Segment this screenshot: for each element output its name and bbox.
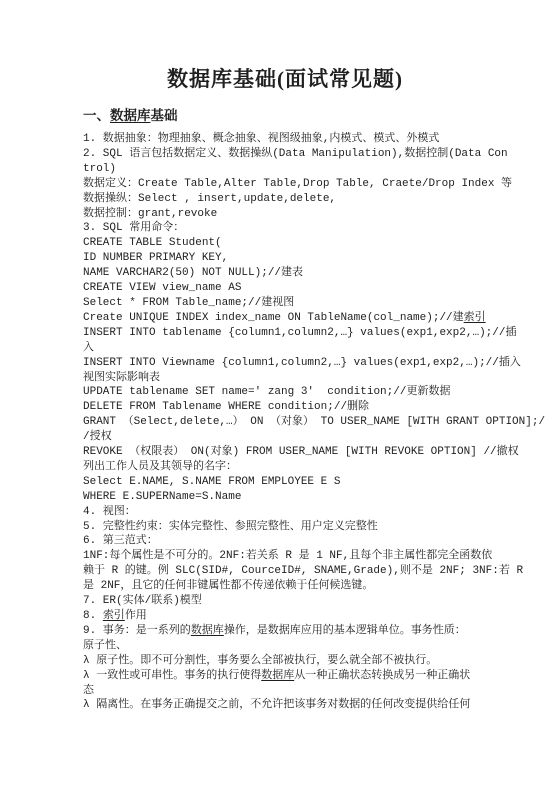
text-run: 6. 第三范式： <box>83 535 158 547</box>
text-run: 2. SQL 语言包括数据定义、数据操纵(Data Manipulation),… <box>83 148 508 160</box>
doc-line: ID NUMBER PRIMARY KEY, <box>83 251 490 266</box>
doc-line: 6. 第三范式： <box>83 534 490 549</box>
underlined-text: 数据库 <box>191 625 224 637</box>
text-run: 作用 <box>125 610 147 622</box>
doc-line: CREATE TABLE Student( <box>83 236 490 251</box>
text-run: 数据操纵：Select , insert,update,delete, <box>83 193 336 205</box>
text-run: 入 <box>83 342 94 354</box>
doc-line: 7. ER(实体/联系)模型 <box>83 594 490 609</box>
text-run: 视图实际影响表 <box>83 372 160 384</box>
underlined-text: 索引 <box>103 610 125 622</box>
text-run: 从一种正确状态转换成另一种正确状 <box>294 670 470 682</box>
text-run: 4. 视图： <box>83 506 136 518</box>
text-run: DELETE FROM Tablename WHERE condition;//… <box>83 401 369 413</box>
text-run: UPDATE tablename SET name=' zang 3' cond… <box>83 386 450 398</box>
text-run: CREATE TABLE Student( <box>83 237 222 249</box>
text-run: 5. 完整性约束：实体完整性、参照完整性、用户定义完整性 <box>83 521 378 533</box>
doc-line: INSERT INTO tablename {column1,column2,…… <box>83 326 490 341</box>
doc-line: CREATE VIEW view_name AS <box>83 281 490 296</box>
doc-line: 数据操纵：Select , insert,update,delete, <box>83 192 490 207</box>
document-content: 数据库基础(面试常见题) 一、数据库基础 1. 数据抽象：物理抽象、概念抽象、视… <box>0 0 560 713</box>
text-run: /授权 <box>83 431 112 443</box>
text-run: WHERE E.SUPERName=S.Name <box>83 491 241 503</box>
doc-line: 2. SQL 语言包括数据定义、数据操纵(Data Manipulation),… <box>83 147 490 162</box>
text-run: GRANT （Select,delete,…） ON （对象） TO USER_… <box>83 416 545 428</box>
doc-line: Create UNIQUE INDEX index_name ON TableN… <box>83 311 490 326</box>
text-run: INSERT INTO tablename {column1,column2,…… <box>83 327 516 339</box>
text-run: 7. ER(实体/联系)模型 <box>83 595 202 607</box>
doc-line: Select E.NAME, S.NAME FROM EMPLOYEE E S <box>83 475 490 490</box>
text-run: 数据定义：Create Table,Alter Table,Drop Table… <box>83 178 512 190</box>
doc-line: 入 <box>83 341 490 356</box>
text-run: 8. <box>83 610 103 622</box>
text-run: 列出工作人员及其领导的名字： <box>83 461 237 473</box>
text-run: λ 一致性或可串性。事务的执行使得 <box>83 670 261 682</box>
document-body: 1. 数据抽象：物理抽象、概念抽象、视图级抽象,内模式、模式、外模式2. SQL… <box>83 132 490 713</box>
doc-line: 5. 完整性约束：实体完整性、参照完整性、用户定义完整性 <box>83 520 490 535</box>
doc-line: λ 隔离性。在事务正确提交之前，不允许把该事务对数据的任何改变提供给任何 <box>83 698 490 713</box>
text-run: INSERT INTO Viewname {column1,column2,…}… <box>83 357 521 369</box>
doc-line: 数据控制：grant,revoke <box>83 207 490 222</box>
underlined-text: 索引 <box>464 312 486 324</box>
doc-line: 4. 视图： <box>83 505 490 520</box>
doc-line: INSERT INTO Viewname {column1,column2,…}… <box>83 356 490 371</box>
doc-line: 视图实际影响表 <box>83 371 490 386</box>
doc-line: 态 <box>83 684 490 699</box>
doc-line: 数据定义：Create Table,Alter Table,Drop Table… <box>83 177 490 192</box>
text-run: 数据控制：grant,revoke <box>83 208 217 220</box>
text-run: 1NF:每个属性是不可分的。2NF:若关系 R 是 1 NF,且每个非主属性都完… <box>83 550 492 562</box>
doc-line: 9. 事务：是一系列的数据库操作，是数据库应用的基本逻辑单位。事务性质： <box>83 624 490 639</box>
doc-line: 3. SQL 常用命令： <box>83 221 490 236</box>
doc-line: DELETE FROM Tablename WHERE condition;//… <box>83 400 490 415</box>
text-run: λ 原子性。即不可分割性，事务要么全部被执行，要么就全部不被执行。 <box>83 655 437 667</box>
text-run: Create UNIQUE INDEX index_name ON TableN… <box>83 312 464 324</box>
doc-line: Select * FROM Table_name;//建视图 <box>83 296 490 311</box>
doc-line: GRANT （Select,delete,…） ON （对象） TO USER_… <box>83 415 490 430</box>
text-run: CREATE VIEW view_name AS <box>83 282 241 294</box>
underlined-text: 数据库 <box>261 670 294 682</box>
text-run: 原子性、 <box>83 640 127 652</box>
text-run: 是 2NF，且它的任何非键属性都不传递依赖于任何候选键。 <box>83 580 373 592</box>
text-run: 态 <box>83 685 94 697</box>
document-title: 数据库基础(面试常见题) <box>80 0 490 96</box>
section-heading: 一、数据库基础 <box>83 107 490 125</box>
underlined-text: 数据库 <box>110 108 151 123</box>
text-run: NAME VARCHAR2(50) NOT NULL);//建表 <box>83 267 303 279</box>
doc-line: REVOKE （权限表） ON(对象) FROM USER_NAME [WITH… <box>83 445 490 460</box>
doc-line: λ 原子性。即不可分割性，事务要么全部被执行，要么就全部不被执行。 <box>83 654 490 669</box>
text-run: λ 隔离性。在事务正确提交之前，不允许把该事务对数据的任何改变提供给任何 <box>83 699 470 711</box>
doc-line: λ 一致性或可串性。事务的执行使得数据库从一种正确状态转换成另一种正确状 <box>83 669 490 684</box>
text-run: 一、 <box>83 108 110 123</box>
doc-line: UPDATE tablename SET name=' zang 3' cond… <box>83 385 490 400</box>
text-run: 基础 <box>151 108 178 123</box>
text-run: 3. SQL 常用命令： <box>83 222 184 234</box>
text-run: REVOKE （权限表） ON(对象) FROM USER_NAME [WITH… <box>83 446 519 458</box>
doc-line: 8. 索引作用 <box>83 609 490 624</box>
text-run: 赖于 R 的键。例 SLC(SID#, CourceID#, SNAME,Gra… <box>83 565 523 577</box>
text-run: Select * FROM Table_name;//建视图 <box>83 297 294 309</box>
doc-line: 赖于 R 的键。例 SLC(SID#, CourceID#, SNAME,Gra… <box>83 564 490 579</box>
text-run: 操作，是数据库应用的基本逻辑单位。事务性质： <box>224 625 466 637</box>
document-page: 数据库基础(面试常见题) 一、数据库基础 1. 数据抽象：物理抽象、概念抽象、视… <box>0 0 560 792</box>
text-run: Select E.NAME, S.NAME FROM EMPLOYEE E S <box>83 476 340 488</box>
doc-line: 1NF:每个属性是不可分的。2NF:若关系 R 是 1 NF,且每个非主属性都完… <box>83 549 490 564</box>
doc-line: 原子性、 <box>83 639 490 654</box>
doc-line: WHERE E.SUPERName=S.Name <box>83 490 490 505</box>
doc-line: 是 2NF，且它的任何非键属性都不传递依赖于任何候选键。 <box>83 579 490 594</box>
doc-line: NAME VARCHAR2(50) NOT NULL);//建表 <box>83 266 490 281</box>
doc-line: 1. 数据抽象：物理抽象、概念抽象、视图级抽象,内模式、模式、外模式 <box>83 132 490 147</box>
text-run: ID NUMBER PRIMARY KEY, <box>83 252 228 264</box>
text-run: 1. 数据抽象：物理抽象、概念抽象、视图级抽象,内模式、模式、外模式 <box>83 133 439 145</box>
doc-line: 列出工作人员及其领导的名字： <box>83 460 490 475</box>
doc-line: trol) <box>83 162 490 177</box>
text-run: trol) <box>83 163 116 175</box>
doc-line: /授权 <box>83 430 490 445</box>
text-run: 9. 事务：是一系列的 <box>83 625 191 637</box>
